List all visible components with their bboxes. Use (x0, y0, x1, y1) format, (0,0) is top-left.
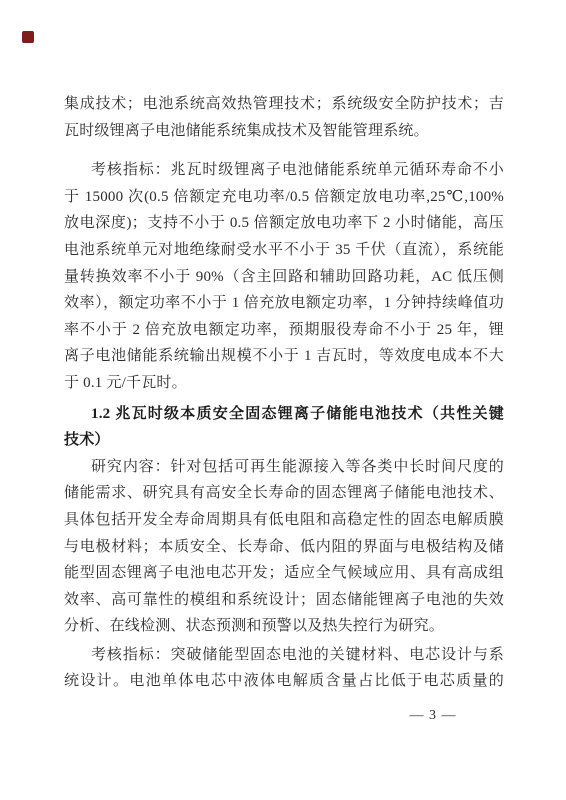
red-stamp-mark (22, 31, 34, 43)
text-line: 1.2 兆瓦时级本质安全固态锂离子储能电池技术（共性关键 (64, 401, 504, 428)
text-line: 具体包括开发全寿命周期具有低电阻和高稳定性的固态电解质膜 (64, 507, 504, 534)
text-line: 离子电池储能系统输出规模不小于 1 吉瓦时，等效度电成本不大 (64, 343, 504, 370)
text-line: 电池系统单元对地绝缘耐受水平不小于 35 千伏（直流），系统能 (64, 237, 504, 264)
text-line: 效率），额定功率不小于 1 倍充放电额定功率，1 分钟持续峰值功 (64, 290, 504, 317)
text-line: 统设计。电池单体电芯中液体电解质含量占比低于电芯质量的 (64, 668, 504, 695)
text-line: 于 15000 次(0.5 倍额定充电功率/0.5 倍额定放电功率,25℃,10… (64, 184, 504, 211)
assessment-indicators-paragraph-1-2: 考核指标：突破储能型固态电池的关键材料、电芯设计与系统设计。电池单体电芯中液体电… (64, 642, 504, 695)
assessment-indicators-paragraph-1-1: 考核指标：兆瓦时级锂离子电池储能系统单元循环寿命不小于 15000 次(0.5 … (64, 157, 504, 396)
document-page: 集成技术；电池系统高效热管理技术；系统级安全防护技术；吉瓦时级锂离子电池储能系统… (0, 0, 566, 800)
text-line: 于 0.1 元/千瓦时。 (64, 370, 504, 397)
text-line: 瓦时级锂离子电池储能系统集成技术及智能管理系统。 (64, 118, 504, 145)
text-line: 效率、高可靠性的模组和系统设计；固态储能锂离子电池的失效 (64, 587, 504, 614)
continuation-paragraph: 集成技术；电池系统高效热管理技术；系统级安全防护技术；吉瓦时级锂离子电池储能系统… (64, 91, 504, 144)
text-line: 储能需求、研究具有高安全长寿命的固态锂离子储能电池技术、 (64, 480, 504, 507)
text-line: 技术） (64, 427, 504, 454)
page-number: — 3 — (398, 708, 468, 724)
text-line: 能型固态锂离子电池电芯开发；适应全气候域应用、具有高成组 (64, 560, 504, 587)
text-line: 分析、在线检测、状态预测和预警以及热失控行为研究。 (64, 613, 504, 640)
text-block: 集成技术；电池系统高效热管理技术；系统级安全防护技术；吉瓦时级锂离子电池储能系统… (64, 91, 504, 695)
text-line: 考核指标：突破储能型固态电池的关键材料、电芯设计与系 (64, 642, 504, 669)
text-line: 与电极材料；本质安全、长寿命、低内阻的界面与电极结构及储 (64, 534, 504, 561)
text-line: 放电深度)；支持不小于 0.5 倍额定放电功率下 2 小时储能，高压 (64, 210, 504, 237)
text-line: 量转换效率不小于 90%（含主回路和辅助回路功耗，AC 低压侧 (64, 264, 504, 291)
section-1-2-heading: 1.2 兆瓦时级本质安全固态锂离子储能电池技术（共性关键技术） (64, 401, 504, 454)
text-line: 集成技术；电池系统高效热管理技术；系统级安全防护技术；吉 (64, 91, 504, 118)
text-line: 率不小于 2 倍充放电额定功率，预期服役寿命不小于 25 年，锂 (64, 317, 504, 344)
text-line: 研究内容：针对包括可再生能源接入等各类中长时间尺度的 (64, 454, 504, 481)
research-content-paragraph: 研究内容：针对包括可再生能源接入等各类中长时间尺度的储能需求、研究具有高安全长寿… (64, 454, 504, 640)
text-line: 考核指标：兆瓦时级锂离子电池储能系统单元循环寿命不小 (64, 157, 504, 184)
